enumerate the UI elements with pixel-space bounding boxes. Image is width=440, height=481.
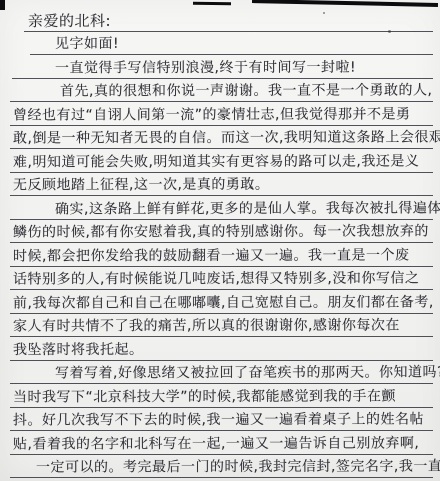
ruled-line-row: 亲爱的北科: [24, 11, 433, 32]
scan-artifact-corner [0, 0, 5, 10]
handwritten-line-text: 确实,这条路上鲜有鲜花,更多的是仙人掌。我每次被扎得遍体 [10, 199, 440, 219]
ruled-line-row: 我坠落时将我托起。 [10, 340, 433, 361]
handwritten-line-text: 一直觉得手写信特别浪漫,终于有时间写一封啦! [12, 58, 356, 78]
ruled-line-row: 抖。好几次我写不下去的时候,我一遍又一遍看着桌子上的姓名帖 [10, 410, 433, 431]
scan-artifact-bar-short [193, 2, 231, 6]
ruled-line-row: 鳞伤的时候,都有你安慰着我,真的特别感谢你。每一次我想放弃的 [10, 222, 433, 243]
ruled-line-row: 前,我每次都自己和自己在哪嘟囔,自己宽慰自己。朋友们都在备考, [10, 293, 433, 314]
ruled-line-row: 难,明知道可能会失败,明知道其实有更容易的路可以走,我还是义 [10, 152, 433, 173]
ruled-line-row: 曾经也有过“自诩人间第一流”的豪情壮志,但我觉得那并不是勇 [10, 105, 433, 126]
handwritten-line-text: 鳞伤的时候,都有你安慰着我,真的特别感谢你。每一次我想放弃的 [10, 222, 429, 242]
ruled-line-row: 无反顾地踏上征程,这一次,是真的勇敢。 [10, 175, 433, 196]
handwritten-line-text: 当时我写下“北京科技大学”的时候,我都能感觉到我的手在颤 [10, 387, 396, 407]
ruled-line-row: 确实,这条路上鲜有鲜花,更多的是仙人掌。我每次被扎得遍体 [10, 199, 433, 220]
ruled-line-row: 家人有时共情不了我的痛苦,所以真的很谢谢你,感谢你每次在 [10, 316, 433, 337]
handwritten-line-text: 贴,看着我的名字和北科写在一起,一遍又一遍告诉自己别放弃啊, [10, 434, 419, 454]
ruled-line-row: 一直觉得手写信特别浪漫,终于有时间写一封啦! [12, 58, 433, 79]
handwritten-line-text: 前,我每次都自己和自己在哪嘟囔,自己宽慰自己。朋友们都在备考, [10, 293, 434, 313]
handwritten-line-text: 难,明知道可能会失败,明知道其实有更容易的路可以走,我还是义 [10, 152, 419, 172]
handwritten-line-text: 写着写着,好像思绪又被拉回了奋笔疾书的那两天。你知道吗? [10, 363, 440, 383]
handwritten-line-text: 敢,倒是一种无知者无畏的自信。而这一次,我明知道这条路上会很艰 [10, 128, 440, 148]
ruled-line-row: 话特别多的人,有时候能说几吨废话,想得又特别多,没和你写信之 [10, 269, 433, 290]
ruled-line-row: 当时我写下“北京科技大学”的时候,我都能感觉到我的手在颤 [10, 387, 433, 408]
ruled-line-row: 写着写着,好像思绪又被拉回了奋笔疾书的那两天。你知道吗? [10, 363, 433, 384]
ruled-line-row: 首先,真的很想和你说一声谢谢。我一直不是一个勇敢的人, [10, 81, 433, 102]
handwritten-line-text: 亲爱的北科: [24, 11, 111, 30]
ruled-line-row: 见字如面! [30, 34, 433, 55]
handwritten-line-text: 首先,真的很想和你说一声谢谢。我一直不是一个勇敢的人, [10, 81, 432, 101]
handwritten-line-text: 话特别多的人,有时候能说几吨废话,想得又特别多,没和你写信之 [10, 269, 419, 289]
handwritten-letter-photo: 亲爱的北科:见字如面!一直觉得手写信特别浪漫,终于有时间写一封啦!首先,真的很想… [0, 0, 440, 481]
ruled-line-row: 贴,看着我的名字和北科写在一起,一遍又一遍告诉自己别放弃啊, [10, 434, 433, 455]
ruled-line-row: 一定可以的。考完最后一门的时候,我封完信封,签完名字,我一直攥着 [10, 457, 433, 478]
handwritten-line-text: 见字如面! [30, 35, 119, 54]
ruled-line-row: 时候,都会把你发给我的鼓励翻看一遍又一遍。我一直是一个废 [10, 246, 433, 267]
handwritten-line-text: 时候,都会把你发给我的鼓励翻看一遍又一遍。我一直是一个废 [10, 246, 410, 266]
handwritten-line-text: 一定可以的。考完最后一门的时候,我封完信封,签完名字,我一直攥着 [10, 457, 440, 477]
handwritten-line-text: 我坠落时将我托起。 [10, 340, 144, 359]
scan-artifact-bar-long [252, 0, 438, 7]
handwritten-line-text: 无反顾地踏上征程,这一次,是真的勇敢。 [10, 176, 269, 196]
handwritten-line-text: 家人有时共情不了我的痛苦,所以真的很谢谢你,感谢你每次在 [10, 316, 400, 336]
handwritten-line-text: 抖。好几次我写不下去的时候,我一遍又一遍看着桌子上的姓名帖 [10, 410, 424, 430]
handwritten-line-text: 曾经也有过“自诩人间第一流”的豪情壮志,但我觉得那并不是勇 [10, 105, 411, 125]
ruled-line-row: 敢,倒是一种无知者无畏的自信。而这一次,我明知道这条路上会很艰 [10, 128, 433, 149]
